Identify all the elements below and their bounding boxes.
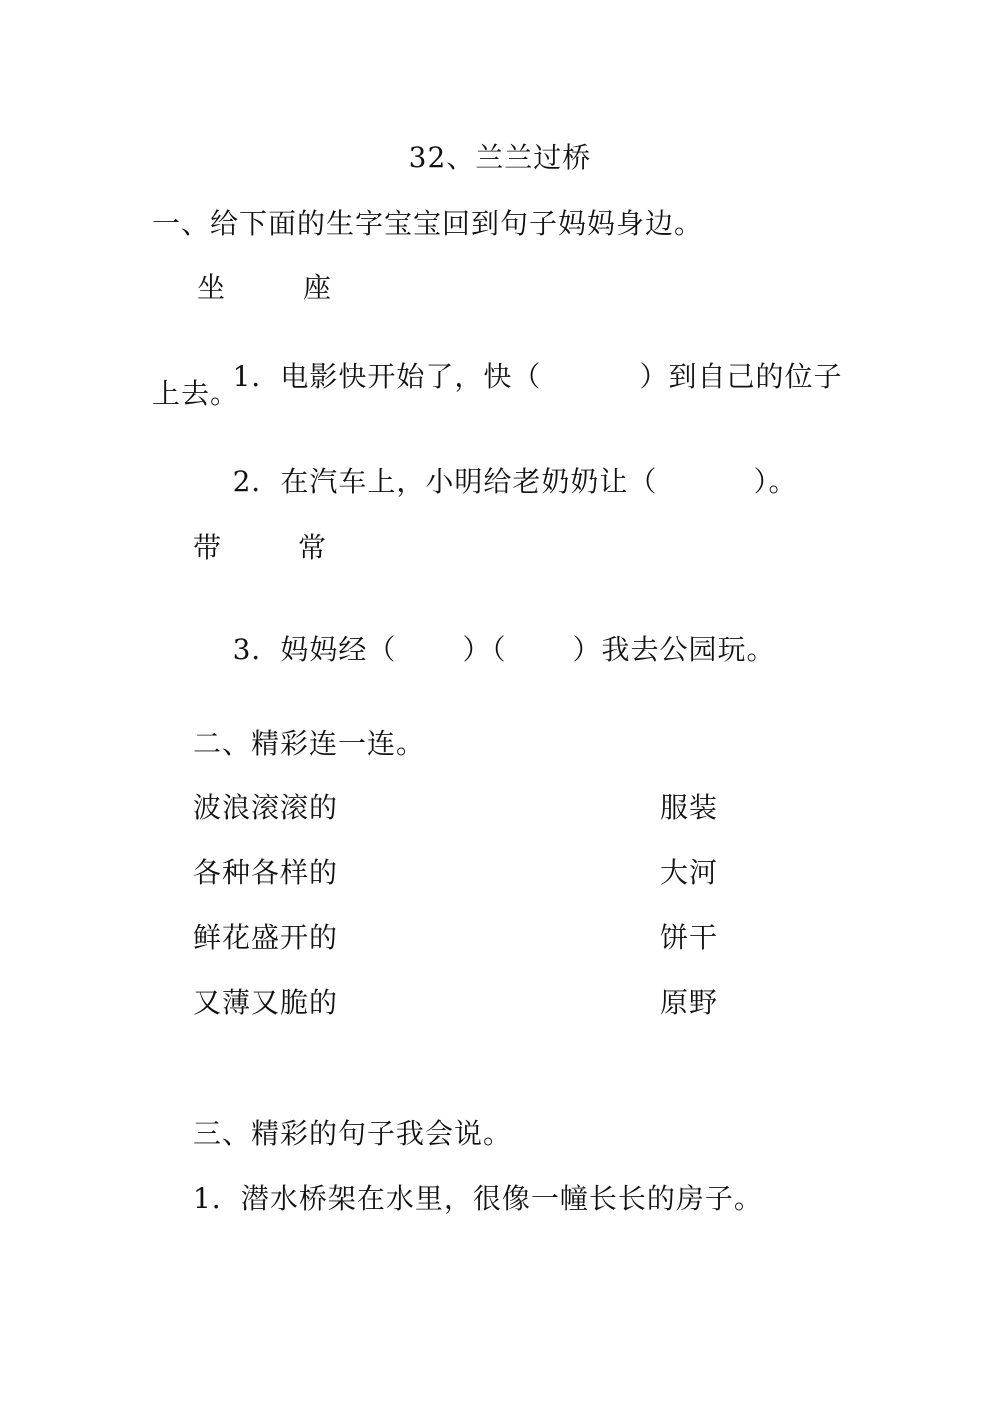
section-1-heading: 一、给下面的生字宝宝回到句子妈妈身边。: [152, 206, 703, 242]
question-3-suffix: ）我去公园玩。: [572, 633, 775, 666]
match-right-2[interactable]: 大河: [660, 855, 718, 891]
question-1-suffix: ）到自己的位子: [639, 360, 842, 393]
question-3-middle: ）（: [462, 633, 506, 666]
match-left-4[interactable]: 又薄又脆的: [193, 985, 338, 1021]
question-2-suffix: ）。: [753, 465, 797, 498]
match-left-2[interactable]: 各种各样的: [193, 855, 338, 891]
page-title: 32、兰兰过桥: [0, 140, 1000, 176]
char-option-2: 座: [303, 270, 332, 306]
question-1-continuation: 上去。: [152, 376, 239, 412]
question-2-prefix: 2．在汽车上，小明给老奶奶让（: [233, 465, 658, 498]
match-left-3[interactable]: 鲜花盛开的: [193, 920, 338, 956]
question-1: 1．电影快开始了，快（）到自己的位子: [193, 323, 842, 431]
sentence-1: 1．潜水桥架在水里，很像一幢长长的房子。: [193, 1181, 763, 1217]
char-option-3: 带: [193, 530, 222, 566]
section-3-heading: 三、精彩的句子我会说。: [193, 1116, 512, 1152]
match-left-1[interactable]: 波浪滚滚的: [193, 790, 338, 826]
question-2: 2．在汽车上，小明给老奶奶让（）。: [193, 428, 797, 536]
match-right-1[interactable]: 服装: [660, 790, 718, 826]
question-3: 3．妈妈经（）（）我去公园玩。: [193, 596, 775, 704]
section-2-heading: 二、精彩连一连。: [193, 726, 425, 762]
match-right-3[interactable]: 饼干: [660, 920, 718, 956]
char-option-4: 常: [298, 530, 327, 566]
char-option-1: 坐: [197, 270, 226, 306]
question-1-prefix: 1．电影快开始了，快（: [233, 360, 542, 393]
question-3-prefix: 3．妈妈经（: [233, 633, 397, 666]
match-right-4[interactable]: 原野: [660, 985, 718, 1021]
